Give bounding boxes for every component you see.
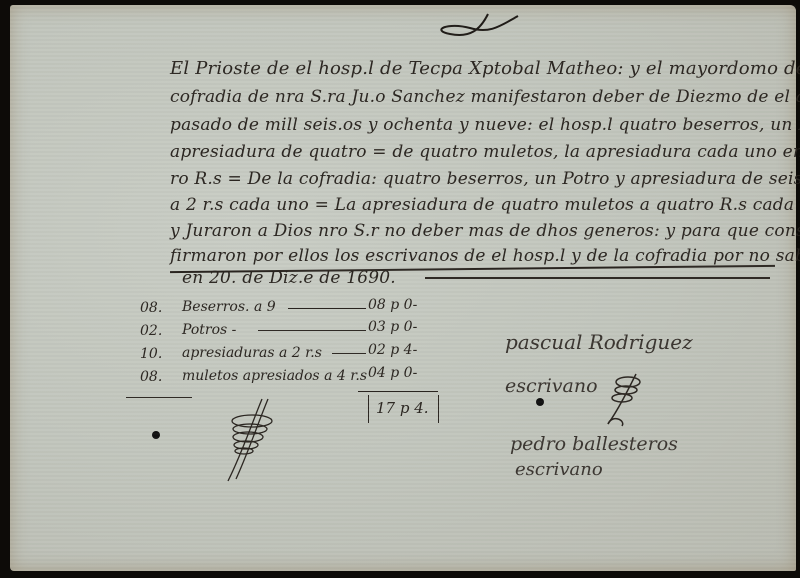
body-line-6: a 2 r.s cada uno = La apresiadura de qua…	[170, 195, 800, 215]
ledger-amount: 02 p 4-	[368, 342, 417, 358]
ledger-desc: muletos apresiados a 4 r.s	[182, 368, 367, 384]
signature-name-1: pascual Rodriguez	[505, 330, 693, 354]
ledger-leader	[258, 330, 366, 331]
ledger-leader	[288, 308, 366, 309]
body-line-8: firmaron por ellos los escrivanos de el …	[170, 246, 800, 266]
rubric-signature-icon	[222, 393, 282, 483]
ledger-total-box-right	[438, 395, 439, 423]
ledger-leader	[332, 353, 366, 354]
ledger-amount: 08 p 0-	[368, 297, 417, 313]
ledger-amount: 04 p 0-	[368, 365, 417, 381]
signature-title-2: escrivano	[515, 459, 603, 480]
ledger-left-rule	[126, 397, 192, 398]
body-line-2: cofradia de nra S.ra Ju.o Sanchez manife…	[170, 87, 800, 107]
ledger-amount: 03 p 0-	[368, 319, 417, 335]
ledger-qty: 02.	[140, 323, 162, 339]
body-line-3: pasado de mill seis.os y ochenta y nueve…	[170, 115, 800, 135]
date-trailing-rule	[425, 277, 770, 279]
body-line-1: El Prioste de el hosp.l de Tecpa Xptobal…	[170, 58, 800, 79]
binding-hole	[152, 431, 160, 439]
ledger-total: 17 p 4.	[376, 399, 429, 417]
signature-name-2: pedro ballesteros	[510, 433, 678, 455]
ledger-desc: Beserros. a 9	[182, 299, 276, 315]
header-flourish-icon	[430, 8, 520, 40]
ledger-qty: 08.	[140, 369, 162, 385]
rubric-signature-icon	[598, 370, 648, 430]
ledger-qty: 10.	[140, 346, 162, 362]
ledger-desc: apresiaduras a 2 r.s	[182, 345, 322, 361]
binding-hole	[536, 398, 544, 406]
body-line-4: apresiadura de quatro = de quatro muleto…	[170, 142, 800, 162]
ledger-total-box-left	[368, 395, 369, 423]
ledger-qty: 08.	[140, 300, 162, 316]
ledger-desc: Potros -	[182, 322, 236, 338]
body-line-date: en 20. de Diz.e de 1690.	[182, 268, 396, 288]
manuscript-page: El Prioste de el hosp.l de Tecpa Xptobal…	[10, 5, 796, 571]
body-line-7: y Juraron a Dios nro S.r no deber mas de…	[170, 221, 800, 241]
body-line-5: ro R.s = De la cofradia: quatro beserros…	[170, 169, 800, 189]
ledger-sum-rule	[358, 391, 438, 392]
signature-title-1: escrivano	[505, 375, 598, 397]
